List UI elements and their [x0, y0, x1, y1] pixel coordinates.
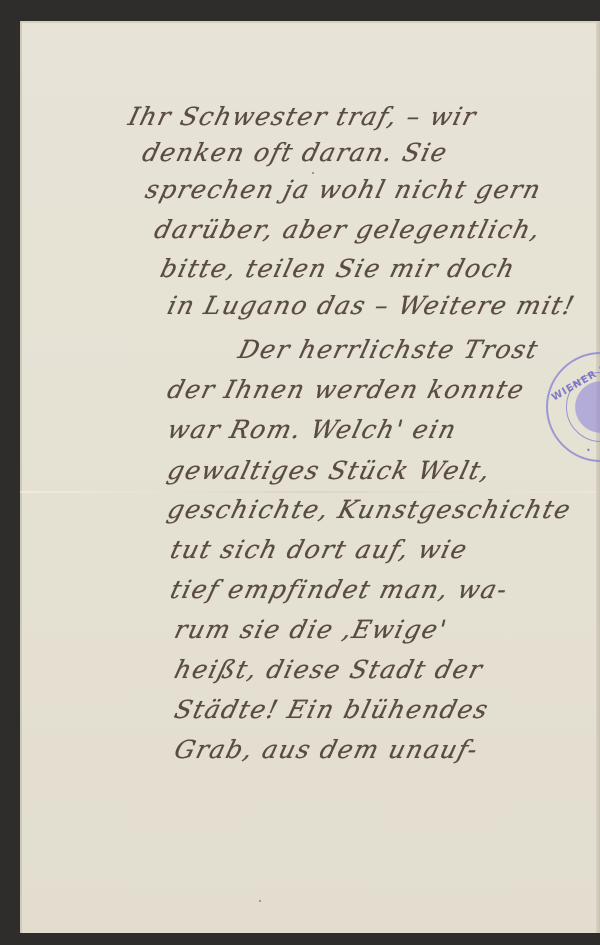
text-line-14: rum sie die ‚Ewige' — [172, 617, 450, 642]
text-line-10: gewaltiges Stück Welt, — [165, 458, 494, 483]
text-line-6: in Lugano das – Weitere mit! — [165, 293, 578, 318]
paper-right-edge — [596, 21, 600, 933]
text-line-8: der Ihnen werden konnte — [165, 377, 528, 402]
stamp-dots: • 7 • — [586, 446, 600, 455]
text-line-3: sprechen ja wohl nicht gern — [143, 177, 544, 202]
text-line-9: war Rom. Welch' ein — [165, 417, 460, 442]
text-line-2: denken oft daran. Sie — [140, 140, 451, 165]
text-line-16: Städte! Ein blühendes — [172, 697, 492, 722]
text-line-15: heißt, diese Stadt der — [172, 657, 486, 682]
text-line-4: darüber, aber gelegentlich, — [152, 217, 544, 242]
text-line-11: geschichte, Kunstgeschichte — [165, 497, 574, 522]
text-line-1: Ihr Schwester traf, – wir — [126, 104, 480, 129]
paper-speck — [312, 172, 314, 174]
text-line-17: Grab, aus dem unauf- — [172, 737, 481, 762]
text-line-5: bitte, teilen Sie mir doch — [158, 256, 518, 281]
text-line-7: Der herrlichste Trost — [236, 337, 542, 362]
paper-speck — [259, 900, 261, 902]
text-line-12: tut sich dort auf, wie — [168, 537, 471, 562]
text-line-13: tief empfindet man, wa- — [168, 577, 511, 602]
